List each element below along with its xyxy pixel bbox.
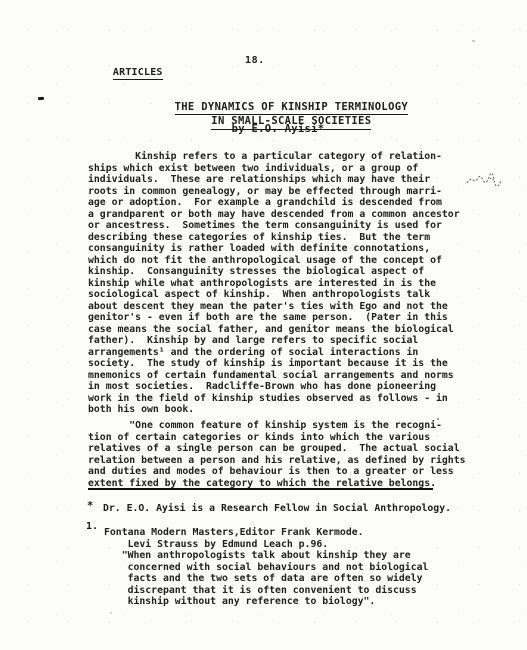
footnote-star-marker: * [87,501,93,513]
footnote-1-text: Fontana Modern Masters,Editor Frank Kerm… [104,527,428,608]
scanned-article-page: ARTICLES 18. THE DYNAMICS OF KINSHIP TER… [0,0,527,650]
byline: by E.O. Ayisi* [98,124,458,136]
paragraph-1: Kinship refers to a particular category … [88,151,460,416]
scan-speck [472,40,475,42]
article-header-section: ARTICLES [88,55,163,92]
footnote-star-text: Dr. E.O. Ayisi is a Research Fellow in S… [103,503,451,515]
scan-artifact-dash [38,97,44,100]
scan-speck [110,612,112,614]
footnote-1-marker: 1. [86,521,98,533]
page-number: 18. [245,55,265,67]
pencil-scribble-icon [466,172,506,190]
scan-artifact-scribble [466,172,506,190]
section-label: ARTICLES [113,67,163,81]
paragraph-2-quote: "One common feature of kinship system is… [88,420,466,489]
footnote-separator-line [88,488,433,490]
scan-speck [437,418,439,420]
